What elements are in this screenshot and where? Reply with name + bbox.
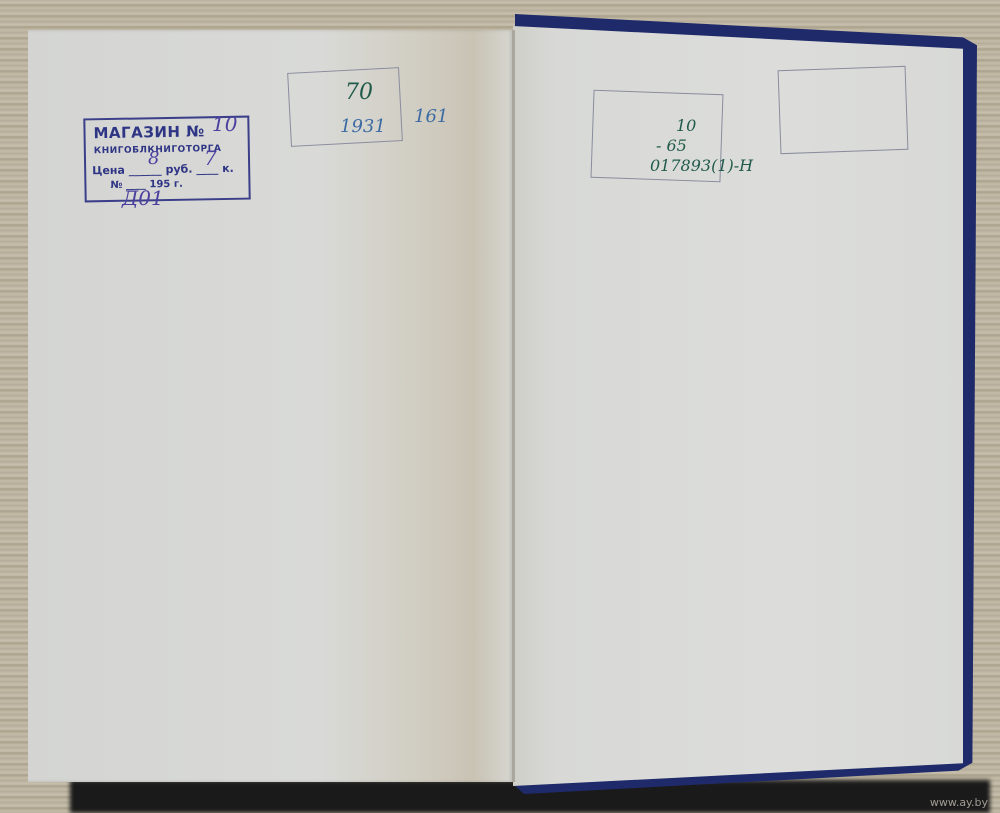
handwritten-10: 10	[676, 116, 696, 135]
book-gutter	[512, 30, 515, 782]
handwritten-shop-number: 10	[212, 112, 237, 136]
handwritten-70: 70	[345, 80, 373, 105]
watermark: www.ay.by	[930, 796, 988, 809]
handwritten-inventory: 017893(1)-Н	[650, 156, 753, 175]
faint-stamp-right-2	[778, 66, 909, 154]
handwritten-161: 161	[414, 106, 448, 127]
handwritten-1931: 1931	[340, 116, 386, 137]
handwritten-price-rub: 8	[148, 148, 159, 169]
stamp-shop-label: МАГАЗИН №	[93, 122, 205, 142]
handwritten-code: Д01	[122, 186, 164, 210]
handwritten-price-kop: 7	[204, 146, 217, 170]
handwritten-65: - 65	[656, 136, 687, 155]
